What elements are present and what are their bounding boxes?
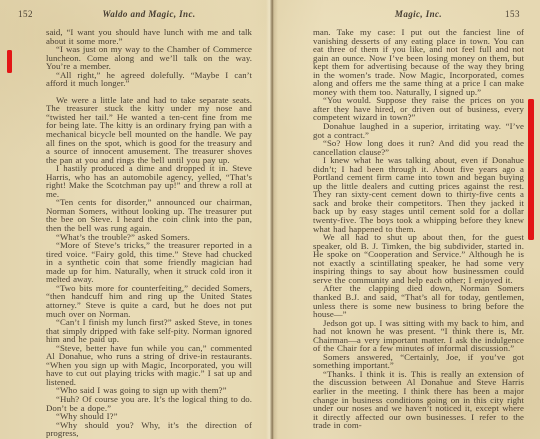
paragraph: Donahue laughed in a superior, irritatin… xyxy=(313,122,524,139)
paragraph: “Can’t I finish my lunch first?” asked S… xyxy=(46,318,252,344)
red-margin-mark-left xyxy=(7,50,12,73)
page-gutter xyxy=(266,0,278,439)
paragraph: “Two bits more for counterfeiting,” deci… xyxy=(46,284,252,318)
paragraph: “You would. Suppose they raise the price… xyxy=(313,96,524,122)
left-running-title: Waldo and Magic, Inc. xyxy=(46,9,252,20)
paragraph: “Huh? Of course you are. It’s the logica… xyxy=(46,395,252,412)
paragraph: “More of Steve’s tricks,” the treasurer … xyxy=(46,241,252,284)
paragraph: “Why should you? Why, it’s the direction… xyxy=(46,421,252,438)
red-margin-mark-right xyxy=(528,99,534,240)
paragraph: “So? How long does it run? And did you r… xyxy=(313,139,524,156)
paragraph: “I was just on my way to the Chamber of … xyxy=(46,45,252,71)
paragraph: man. Take my case: I put out the fancies… xyxy=(313,28,524,96)
paragraph: Jedson got up. I was sitting with my bac… xyxy=(313,319,524,353)
right-page-number: 153 xyxy=(505,9,520,20)
paragraph: “Ten cents for disorder,” announced our … xyxy=(46,198,252,232)
paragraph: “Thanks. I think it is. This is really a… xyxy=(313,370,524,430)
left-page-number: 152 xyxy=(18,9,33,20)
paragraph: “Steve, better have fun while you can,” … xyxy=(46,344,252,387)
paragraph: “All right,” he agreed dolefully. “Maybe… xyxy=(46,71,252,88)
paragraph: said, “I want you should have lunch with… xyxy=(46,28,252,45)
right-page-text: man. Take my case: I put out the fancies… xyxy=(313,28,524,430)
paragraph: Somers answered, “Certainly, Joe, if you… xyxy=(313,353,524,370)
left-page-text: said, “I want you should have lunch with… xyxy=(46,28,252,438)
paragraph: I knew what he was talking about, even i… xyxy=(313,156,524,233)
paragraph: After the clapping died down, Norman Som… xyxy=(313,284,524,318)
paragraph: We all had to shut up about then, for th… xyxy=(313,233,524,284)
book-scan: 152 Waldo and Magic, Inc. said, “I want … xyxy=(0,0,540,439)
right-running-title: Magic, Inc. xyxy=(313,9,524,20)
paragraph: We were a little late and had to take se… xyxy=(46,96,252,164)
paragraph: I hastily produced a dime and dropped it… xyxy=(46,164,252,198)
